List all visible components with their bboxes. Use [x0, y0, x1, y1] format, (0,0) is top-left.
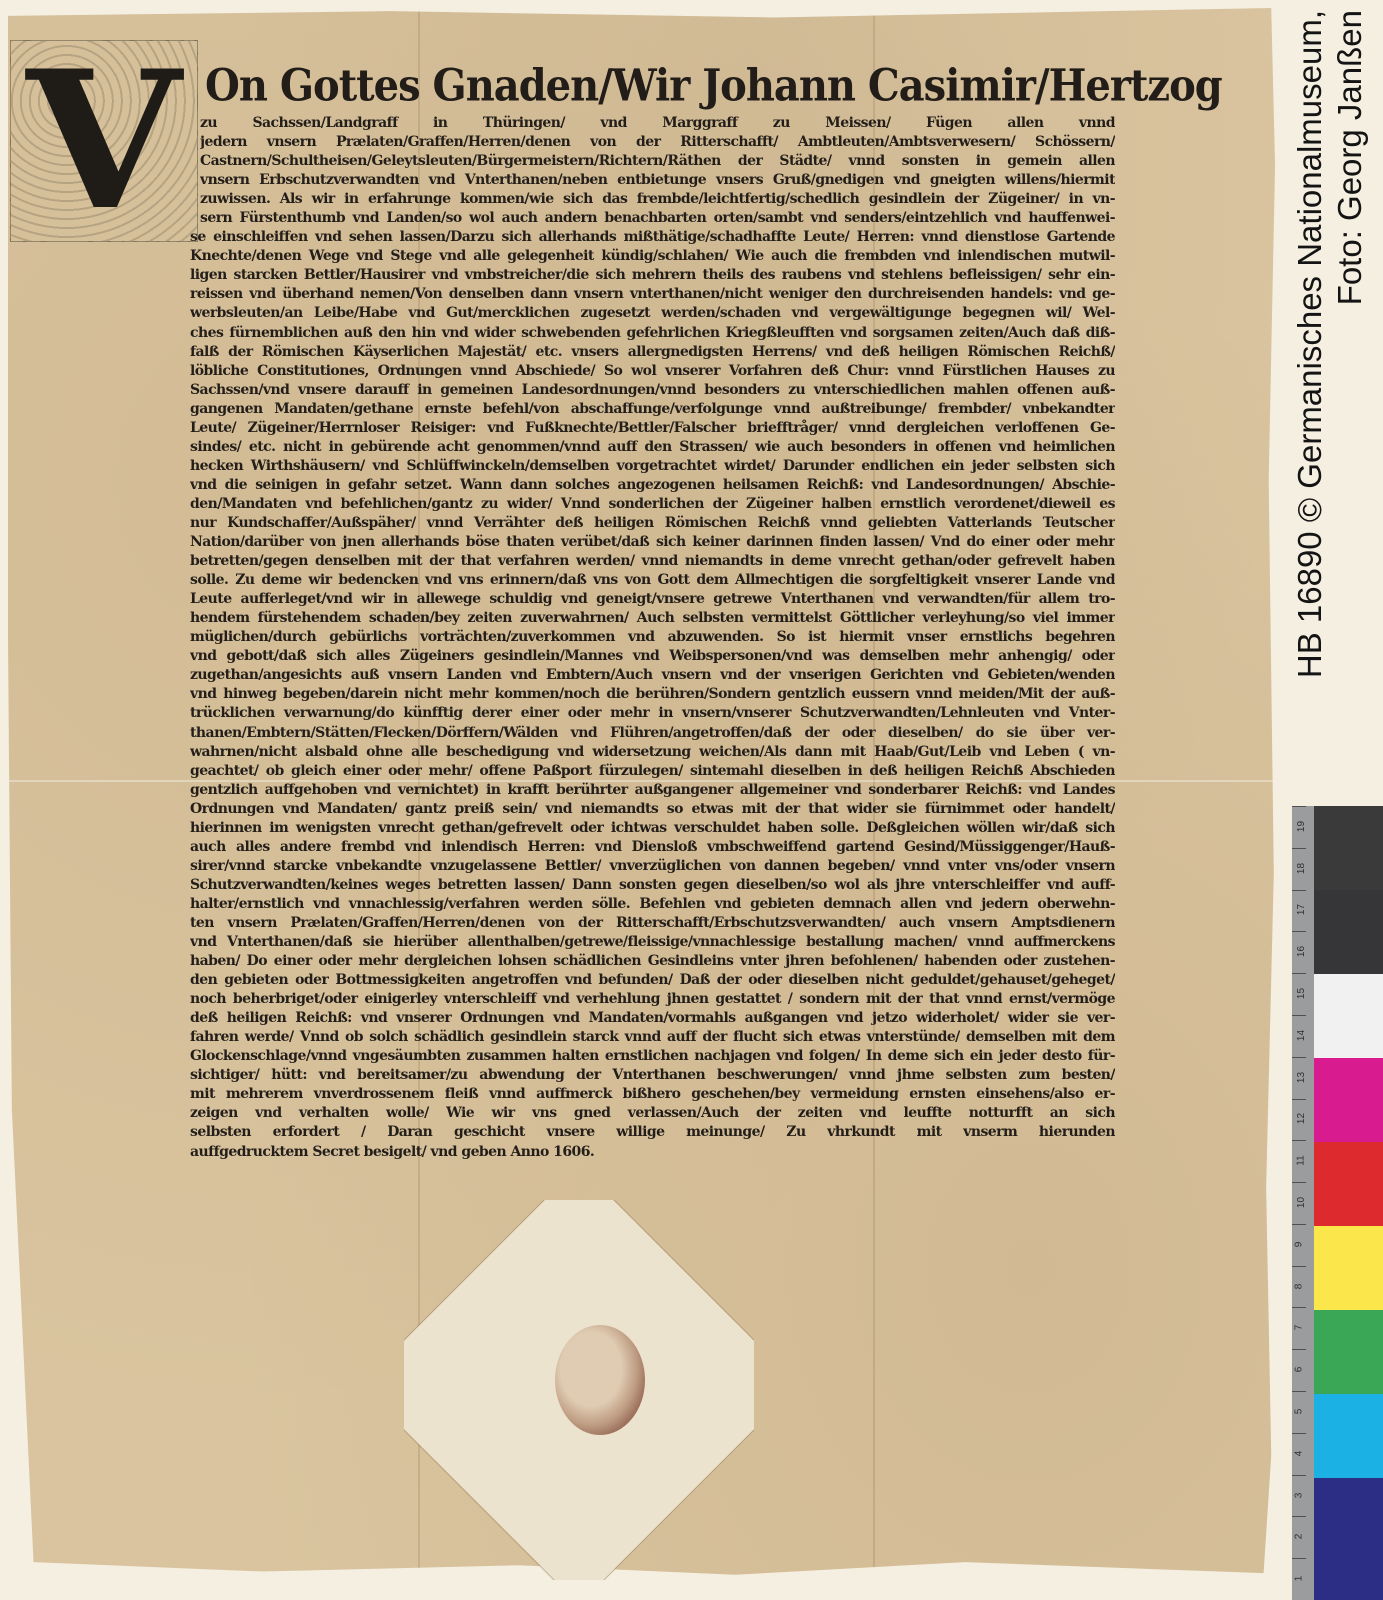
text-line: werbsleuten/an Leibe/Habe vnd Gut/merckl… — [190, 304, 1115, 323]
ruler-number: 11 — [1296, 1156, 1307, 1166]
text-line: auffgedrucktem Secret besigelt/ vnd gebe… — [190, 1143, 1115, 1162]
ruler-tick — [1292, 1558, 1306, 1559]
ruler-tick — [1292, 890, 1306, 891]
text-line: noch beherbriget/oder einigerley vntersc… — [190, 990, 1115, 1009]
text-line: auch alles andere frembd vnd inlendisch … — [190, 838, 1115, 857]
text-line: ten vnsern Prælaten/Graffen/Herren/denen… — [190, 914, 1115, 933]
text-line: Knechte/denen Wege vnd Stege vnd alle ge… — [190, 247, 1115, 266]
ruler-number: 6 — [1293, 1367, 1304, 1373]
ruler-tick — [1292, 1099, 1306, 1100]
ruler-number: 5 — [1293, 1409, 1304, 1415]
text-line: zu Sachssen/Landgraff in Thüringen/ vnd … — [200, 114, 1115, 133]
text-line: wahrnen/nicht alsbald ohne alle beschedi… — [190, 743, 1115, 762]
ruler-tick — [1292, 1349, 1306, 1350]
text-line: se einschleiffen vnd sehen lassen/Darzu … — [190, 228, 1115, 247]
swatch-white — [1314, 974, 1383, 1058]
text-line: ligen starcken Bettler/Hausirer vnd vmbs… — [190, 266, 1115, 285]
ruler-number: 2 — [1293, 1534, 1304, 1540]
text-line: Schutzverwandten/keines weges betretten … — [190, 876, 1115, 895]
caption-line-1: HB 16890 © Germanisches Nationalmuseum, — [1290, 10, 1330, 780]
text-line: reissen vnd überhand nemen/Von denselben… — [190, 285, 1115, 304]
text-line: sern Fürstenthumb vnd Landen/so wol auch… — [200, 209, 1115, 228]
text-line: gentzlich auffgehoben vnd vernichtet) in… — [190, 781, 1115, 800]
text-line: den/Mandaten vnd befehlichen/gantz zu wi… — [190, 495, 1115, 514]
text-line: Leute/ Zügeiner/Herrnloser Reisiger: vnd… — [190, 419, 1115, 438]
ruler-number: 18 — [1296, 863, 1307, 874]
ruler-tick — [1292, 1057, 1306, 1058]
ruler-number: 1 — [1293, 1576, 1304, 1582]
ruler-number: 8 — [1293, 1283, 1304, 1289]
text-line: vnd hinweg begeben/darein nicht mehr kom… — [190, 685, 1115, 704]
text-line: Nation/darüber von jnen allerhands böse … — [190, 533, 1115, 552]
text-line: zugethan/angesichts auß vnsern Landen vn… — [190, 666, 1115, 685]
ruler-tick — [1292, 931, 1306, 932]
ruler-tick — [1292, 1015, 1306, 1016]
wax-seal — [555, 1325, 645, 1435]
ruler-number: 16 — [1296, 946, 1307, 957]
text-line: vnd die seinigen in gefahr setzet. Wann … — [190, 476, 1115, 495]
text-line: sichtiger/ hütt: vnd bereitsamer/zu abwe… — [190, 1066, 1115, 1085]
text-line: vnd gebott/daß sich alles Zügeiners gesi… — [190, 647, 1115, 666]
color-calibration-chart — [1314, 806, 1383, 1600]
swatch-magenta — [1314, 1058, 1383, 1142]
ruler-tick — [1292, 1433, 1306, 1434]
swatch-green — [1314, 1310, 1383, 1394]
text-line: Castnern/Schultheisen/Geleytsleuten/Bürg… — [200, 152, 1115, 171]
measurement-ruler: 19181716151413121110987654321 — [1292, 806, 1314, 1600]
text-line: selbsten erfordert / Daran geschicht vns… — [190, 1123, 1115, 1142]
text-line: geachtet/ ob gleich einer oder mehr/ off… — [190, 762, 1115, 781]
text-line: gangenen Mandaten/gethane ernste befehl/… — [190, 400, 1115, 419]
ruler-tick — [1292, 1516, 1306, 1517]
text-line: halter/ernstlich vnd vnnachlessig/verfah… — [190, 895, 1115, 914]
decorative-initial: V — [10, 40, 198, 242]
ruler-tick — [1292, 1475, 1306, 1476]
ruler-tick — [1292, 1182, 1306, 1183]
ruler-number: 7 — [1293, 1325, 1304, 1331]
text-line: jedern vnsern Prælaten/Graffen/Herren/de… — [200, 133, 1115, 152]
text-line: sindes/ etc. nicht in gebürende acht gen… — [190, 438, 1115, 457]
ruler-number: 15 — [1296, 988, 1307, 999]
text-line: Sachssen/vnd vnsere darauff in gemeinen … — [190, 381, 1115, 400]
ruler-tick — [1292, 1266, 1306, 1267]
text-line: sirer/vnnd starcke vnbekandte vnzugelass… — [190, 857, 1115, 876]
ruler-number: 4 — [1293, 1450, 1304, 1456]
swatch-yellow — [1314, 1226, 1383, 1310]
text-line: Glockenschlage/vnnd vngesäumbten zusamme… — [190, 1047, 1115, 1066]
ruler-number: 17 — [1296, 904, 1307, 915]
text-line: falß der Römischen Käyserlichen Majestät… — [190, 343, 1115, 362]
proclamation-heading: On Gottes Gnaden/Wir Johann Casimir/Hert… — [205, 60, 1110, 112]
text-line: hecken Wirthshäusern/ vnd Schlüffwinckel… — [190, 457, 1115, 476]
swatch-blue — [1314, 1478, 1383, 1600]
ruler-tick — [1292, 1307, 1306, 1308]
swatch-black — [1314, 806, 1383, 890]
ruler-number: 9 — [1293, 1242, 1304, 1248]
text-line: ches fürnemblichen auß den hin vnd wider… — [190, 324, 1115, 343]
ruler-number: 12 — [1296, 1113, 1307, 1124]
swatch-red — [1314, 1142, 1383, 1226]
ruler-tick — [1292, 1140, 1306, 1141]
text-line: nur Kundschaffer/Außspäher/ vnnd Verräht… — [190, 514, 1115, 533]
text-line: hendem fürstehendem schaden/bey zeiten z… — [190, 609, 1115, 628]
text-line: hierinnen im wenigsten vnrecht gethan/ge… — [190, 819, 1115, 838]
text-line: den gebieten oder Bottmessigkeiten anget… — [190, 971, 1115, 990]
ruler-number: 14 — [1296, 1030, 1307, 1041]
text-line: vnd Vnterthanen/daß sie hierüber allenth… — [190, 933, 1115, 952]
text-line: solle. Zu deme wir bedencken vnd vns eri… — [190, 571, 1115, 590]
text-line: deß heiligen Reichß: vnd vnserer Ordnung… — [190, 1009, 1115, 1028]
text-line: müglichen/durch gebürlichs vorträchten/z… — [190, 628, 1115, 647]
text-line: betretten/gegen denselben mit der that v… — [190, 552, 1115, 571]
museum-caption: HB 16890 © Germanisches Nationalmuseum, … — [1290, 10, 1378, 780]
text-line: haben/ Do einer oder mehr dergleichen lo… — [190, 952, 1115, 971]
swatch-dark-gray — [1314, 890, 1383, 974]
swatch-cyan — [1314, 1394, 1383, 1478]
initial-letter: V — [27, 46, 182, 236]
ruler-tick — [1292, 806, 1306, 807]
text-line: löbliche Constitutiones, Ordnungen vnnd … — [190, 362, 1115, 381]
text-line: mit mehrerem vnverdrossenem fleiß vnnd a… — [190, 1085, 1115, 1104]
ruler-tick — [1292, 973, 1306, 974]
text-line: trücklichen verwarnung/do künfftig derer… — [190, 704, 1115, 723]
text-line: fahren werde/ Vnnd ob solch schädlich ge… — [190, 1028, 1115, 1047]
ruler-tick — [1292, 1224, 1306, 1225]
text-line: Ordnungen vnd Mandaten/ gantz preiß sein… — [190, 800, 1115, 819]
text-line: vnsern Erbschutzverwandten vnd Vnterthan… — [200, 171, 1115, 190]
proclamation-body: zu Sachssen/Landgraff in Thüringen/ vnd … — [190, 114, 1115, 1162]
caption-line-2: Foto: Georg Janßen — [1330, 10, 1370, 780]
text-line: thanen/Embtern/Stätten/Flecken/Dörffern/… — [190, 724, 1115, 743]
ruler-number: 3 — [1293, 1492, 1304, 1498]
text-line: zuwissen. Als wir in erfahrunge kommen/w… — [200, 190, 1115, 209]
ruler-number: 10 — [1296, 1197, 1307, 1208]
ruler-tick — [1292, 1391, 1306, 1392]
ruler-tick — [1292, 848, 1306, 849]
ruler-number: 13 — [1296, 1072, 1307, 1083]
ruler-number: 19 — [1296, 821, 1307, 832]
text-line: Leute aufferleget/vnd wir in allewege sc… — [190, 590, 1115, 609]
text-line: zeigen vnd verhalten wolle/ Wie wir vns … — [190, 1104, 1115, 1123]
